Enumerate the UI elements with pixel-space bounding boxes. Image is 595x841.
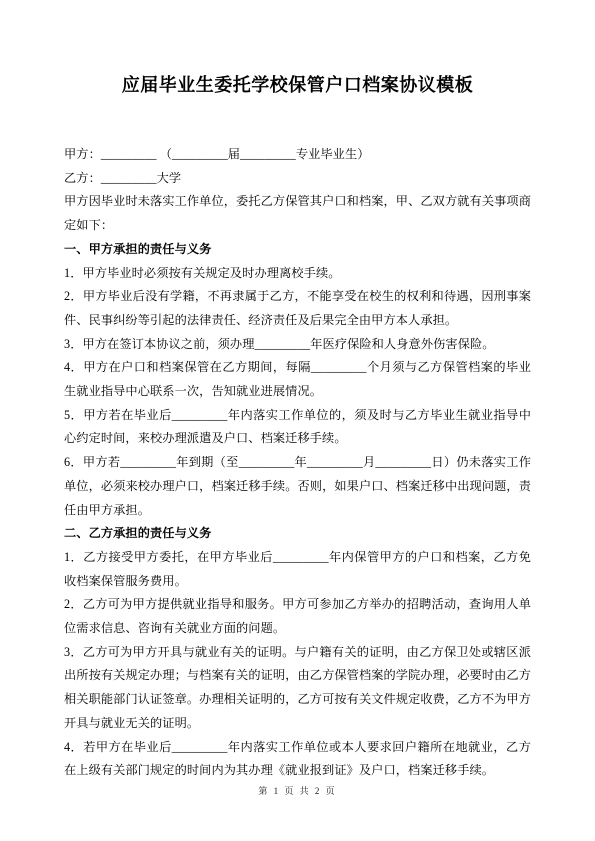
section-b-item-3: 3．乙方可为甲方开具与就业有关的证明。与户籍有关的证明，由乙方保卫处或辖区派出所… [64, 641, 531, 736]
section-a-item-1: 1．甲方毕业时必须按有关规定及时办理离校手续。 [64, 262, 531, 286]
section-a-item-3: 3．甲方在签订本协议之前，须办理_________年医疗保险和人身意外伤害保险。 [64, 333, 531, 357]
document-title: 应届毕业生委托学校保管户口档案协议模板 [64, 72, 531, 98]
section-b-item-2: 2．乙方可为甲方提供就业指导和服务。甲方可参加乙方举办的招聘活动，查询用人单位需… [64, 593, 531, 640]
section-a-item-5: 5．甲方若在毕业后_________年内落实工作单位的，须及时与乙方毕业生就业指… [64, 404, 531, 451]
page-number-footer: 第 1 页 共 2 页 [0, 784, 595, 797]
section-a-heading: 一、甲方承担的责任与义务 [64, 238, 531, 262]
intro-paragraph: 甲方因毕业时未落实工作单位，委托乙方保管其户口和档案，甲、乙双方就有关事项商定如… [64, 190, 531, 237]
party-a-line: 甲方：_________ （_________届_________专业毕业生） [64, 143, 531, 167]
section-a-item-6: 6．甲方若_________年到期（至_________年_________月_… [64, 451, 531, 522]
section-a-item-2: 2．甲方毕业后没有学籍，不再隶属于乙方，不能享受在校生的权利和待遇，因刑事案件、… [64, 285, 531, 332]
section-b-item-4: 4．若甲方在毕业后_________年内落实工作单位或本人要求回户籍所在地就业，… [64, 736, 531, 783]
section-b-heading: 二、乙方承担的责任与义务 [64, 522, 531, 546]
section-b-item-1: 1．乙方接受甲方委托，在甲方毕业后_________年内保管甲方的户口和档案，乙… [64, 546, 531, 593]
document-page-1: 应届毕业生委托学校保管户口档案协议模板 甲方：_________ （______… [0, 0, 595, 841]
party-b-line: 乙方：_________大学 [64, 167, 531, 191]
section-a-item-4: 4．甲方在户口和档案保管在乙方期间，每隔_________个月须与乙方保管档案的… [64, 356, 531, 403]
